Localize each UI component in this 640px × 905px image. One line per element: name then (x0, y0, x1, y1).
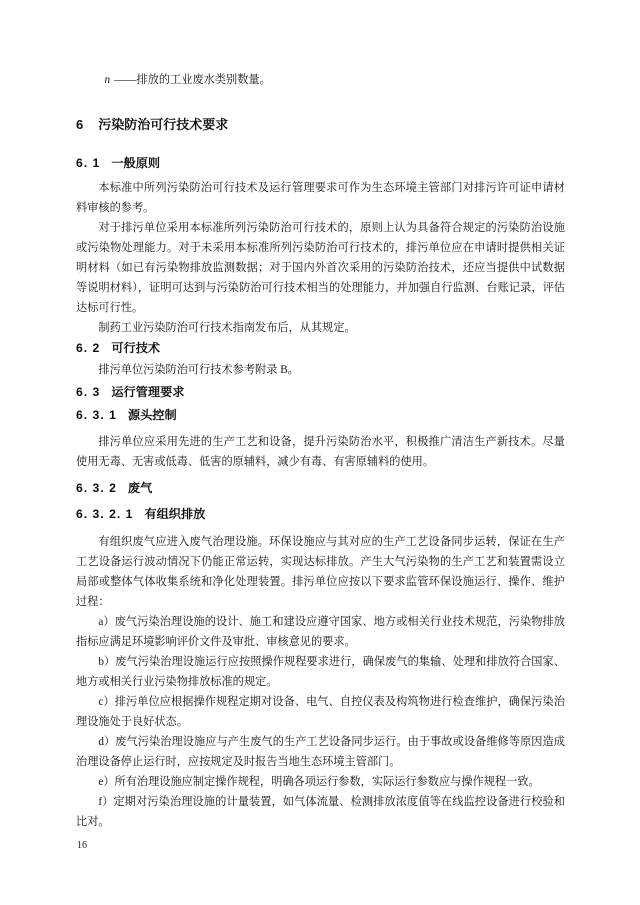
section-heading-6: 6污染防治可行技术要求 (76, 115, 565, 135)
paragraph: 排污单位应采用先进的生产工艺和设备，提升污染防治水平，积极推广清洁生产新技术。尽… (76, 432, 565, 472)
paragraph: 制药工业污染防治可行技术指南发布后，从其规定。 (76, 318, 565, 338)
subsection-title: 废气 (128, 481, 152, 495)
paragraph: 对于排污单位采用本标准所列污染防治可行技术的，原则上认为具备符合规定的污染防治设… (76, 218, 565, 318)
document-page: n——排放的工业废水类别数量。 6污染防治可行技术要求 6. 1一般原则 本标准… (0, 0, 640, 905)
symbol-definition-text: ——排放的工业废水类别数量。 (114, 74, 271, 86)
list-item-f: f）定期对污染治理设施的计量装置，如气体流量、检测排放浓度值等在线监控设备进行校… (76, 792, 565, 832)
list-item-a: a）废气污染治理设施的设计、施工和建设应遵守国家、地方或相关行业技术规范，污染物… (76, 612, 565, 652)
paragraph: 本标准中所列污染防治可行技术及运行管理要求可作为生态环境主管部门对排污许可证申请… (76, 178, 565, 218)
subsection-number: 6. 3. 2 (76, 478, 117, 498)
subsection-heading-6-3-2-1: 6. 3. 2. 1有组织排放 (76, 504, 565, 524)
subsection-title: 一般原则 (111, 156, 160, 170)
subsection-title: 源头控制 (128, 408, 177, 422)
list-item-e: e）所有治理设施应制定操作规程，明确各项运行参数，实际运行参数应与操作规程一致。 (76, 772, 565, 792)
subsection-heading-6-1: 6. 1一般原则 (76, 153, 565, 173)
section-title: 污染防治可行技术要求 (98, 117, 228, 132)
subsection-heading-6-2: 6. 2可行技术 (76, 338, 565, 358)
subsection-title: 运行管理要求 (111, 385, 184, 399)
list-item-c: c）排污单位应根据操作规程定期对设备、电气、自控仪表及构筑物进行检查维护，确保污… (76, 692, 565, 732)
paragraph: 排污单位污染防治可行技术参考附录 B。 (76, 360, 565, 380)
symbol-n: n (105, 74, 111, 86)
subsection-number: 6. 3. 1 (76, 405, 117, 425)
page-content: n——排放的工业废水类别数量。 6污染防治可行技术要求 6. 1一般原则 本标准… (76, 70, 565, 832)
subsection-heading-6-3: 6. 3运行管理要求 (76, 382, 565, 402)
page-number: 16 (77, 836, 87, 856)
subsection-number: 6. 1 (76, 153, 100, 173)
subsection-number: 6. 2 (76, 338, 100, 358)
subsection-title: 可行技术 (111, 341, 160, 355)
section-number: 6 (76, 115, 83, 135)
symbol-definition-line: n——排放的工业废水类别数量。 (76, 70, 565, 90)
subsection-heading-6-3-2: 6. 3. 2废气 (76, 478, 565, 498)
subsection-number: 6. 3. 2. 1 (76, 504, 133, 524)
paragraph: 有组织废气应进入废气治理设施。环保设施应与其对应的生产工艺设备同步运转，保证在生… (76, 532, 565, 612)
subsection-heading-6-3-1: 6. 3. 1源头控制 (76, 405, 565, 425)
subsection-number: 6. 3 (76, 382, 100, 402)
list-item-b: b）废气污染治理设施运行应按照操作规程要求进行，确保废气的集输、处理和排放符合国… (76, 652, 565, 692)
subsection-title: 有组织排放 (144, 507, 205, 521)
list-item-d: d）废气污染治理设施应与产生废气的生产工艺设备同步运行。由于事故或设备维修等原因… (76, 732, 565, 772)
